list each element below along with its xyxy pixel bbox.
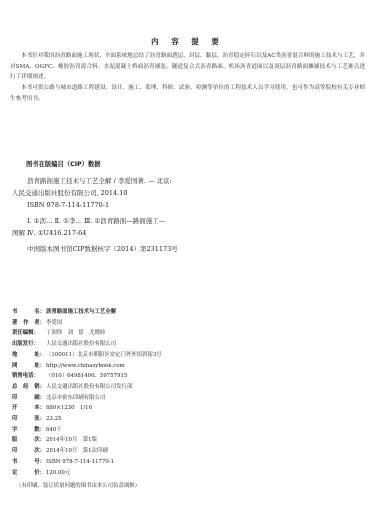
cip-line-isbn: ISBN 978-7-114-11770-1	[27, 199, 109, 211]
colophon-row-edition: 版次： 2014年10月 第1版	[12, 435, 362, 446]
cip-line-publisher: 人民交通出版社股份有限公司, 2014.10	[12, 187, 128, 199]
summary-paragraph-1: 本书针对我国沥青路面施工现状，全面系统地总结了沥青路面透层、封层、黏层、沥青稳定…	[10, 51, 365, 83]
colophon-label: 定价：	[12, 468, 45, 479]
colophon-label: 出版发行：	[12, 339, 45, 350]
colophon-value: 2014年10月 第1次印刷	[45, 446, 108, 457]
colophon-row-printing: 印次： 2014年10月 第1次印刷	[12, 446, 362, 457]
colophon-value: ISBN 978-7-114-11770-1	[45, 457, 114, 468]
colophon-label: 开本：	[12, 403, 45, 414]
cip-line-classification: 图解 Ⅳ. ①U416.217-64	[12, 227, 86, 239]
colophon-label: 字数：	[12, 425, 45, 436]
colophon-row-author: 著作者： 李爱国	[12, 318, 362, 329]
colophon-row-title: 书名： 沥青路面施工技术与工艺全解	[12, 307, 362, 318]
colophon-value: 120.00元	[45, 468, 70, 479]
colophon-label: 销售电话：	[12, 371, 45, 382]
colophon-label: 网址：	[12, 361, 45, 372]
colophon-row-website: 网址： http://www.chinasybook.com	[12, 361, 362, 372]
colophon-label: 地址：	[12, 350, 45, 361]
colophon-value: 23.25	[45, 414, 61, 425]
colophon-label: 总经销：	[12, 382, 45, 393]
colophon-row-word-count: 字数： 640千	[12, 425, 362, 436]
cip-heading: 图书在版编目（CIP）数据	[26, 159, 101, 168]
colophon-value: （010）64981400、59757915	[45, 371, 127, 382]
colophon-value: 人民交通出版社股份有限公司发行部	[45, 382, 132, 393]
colophon-label: 书名：	[12, 307, 45, 318]
cip-line-record-number: 中国版本图书馆CIP数据核字（2014）第231173号	[27, 243, 178, 255]
colophon-label: 版次：	[12, 435, 45, 446]
quality-note: （有印刷、装订质量问题的图书由本公司负责调换）	[16, 481, 140, 489]
colophon-value: 人民交通出版社股份有限公司	[45, 339, 116, 350]
colophon-row-editors: 责任编辑： 丁润铎 刘 倩 尤晓時	[12, 328, 362, 339]
colophon-value: 李爱国	[45, 318, 62, 329]
colophon-value: 640千	[45, 425, 62, 436]
summary-title: 内 容 提 要	[0, 36, 375, 47]
colophon-label: 责任编辑：	[12, 328, 45, 339]
colophon-label: 印张：	[12, 414, 45, 425]
colophon-row-isbn: 书号： ISBN 978-7-114-11770-1	[12, 457, 362, 468]
colophon-row-format: 开本： 880×1230 1/16	[12, 403, 362, 414]
colophon-label: 印刷：	[12, 393, 45, 404]
colophon-row-sheets: 印张： 23.25	[12, 414, 362, 425]
colophon-row-distributor: 总经销： 人民交通出版社股份有限公司发行部	[12, 382, 362, 393]
colophon-value: 丁润铎 刘 倩 尤晓時	[45, 328, 105, 339]
colophon-value: 沥青路面施工技术与工艺全解	[45, 307, 116, 318]
cip-line-subjects: Ⅰ. ①沥… Ⅱ. ①李… Ⅲ. ①沥青路面—路面施工—	[27, 215, 165, 227]
colophon-label: 书号：	[12, 457, 45, 468]
colophon-row-publisher: 出版发行： 人民交通出版社股份有限公司	[12, 339, 362, 350]
colophon-value: 880×1230 1/16	[45, 403, 92, 414]
colophon-label: 著作者：	[12, 318, 45, 329]
colophon-label: 印次：	[12, 446, 45, 457]
colophon-row-address: 地址： （100011）北京市朝阳区安定门外外馆斜街3号	[12, 350, 362, 361]
website-link[interactable]: http://www.chinasybook.com	[45, 361, 125, 372]
colophon-row-printer: 印刷： 北京市密东印刷有限公司	[12, 393, 362, 404]
colophon-value: 北京市密东印刷有限公司	[45, 393, 105, 404]
cip-line-title: 沥青路面施工技术与工艺全解 / 李爱国著. — 北京:	[27, 175, 172, 187]
summary-paragraph-2: 本书可供公路与城市道路工程建设、设计、施工、监理、科研、试验、检测等单位的工程技…	[10, 83, 365, 104]
colophon-row-sales-phone: 销售电话： （010）64981400、59757915	[12, 371, 362, 382]
colophon-value: 2014年10月 第1版	[45, 435, 97, 446]
colophon-row-price: 定价： 120.00元	[12, 468, 362, 479]
colophon-value: （100011）北京市朝阳区安定门外外馆斜街3号	[45, 350, 162, 361]
colophon: 书名： 沥青路面施工技术与工艺全解 著作者： 李爱国 责任编辑： 丁润铎 刘 倩…	[12, 307, 362, 478]
